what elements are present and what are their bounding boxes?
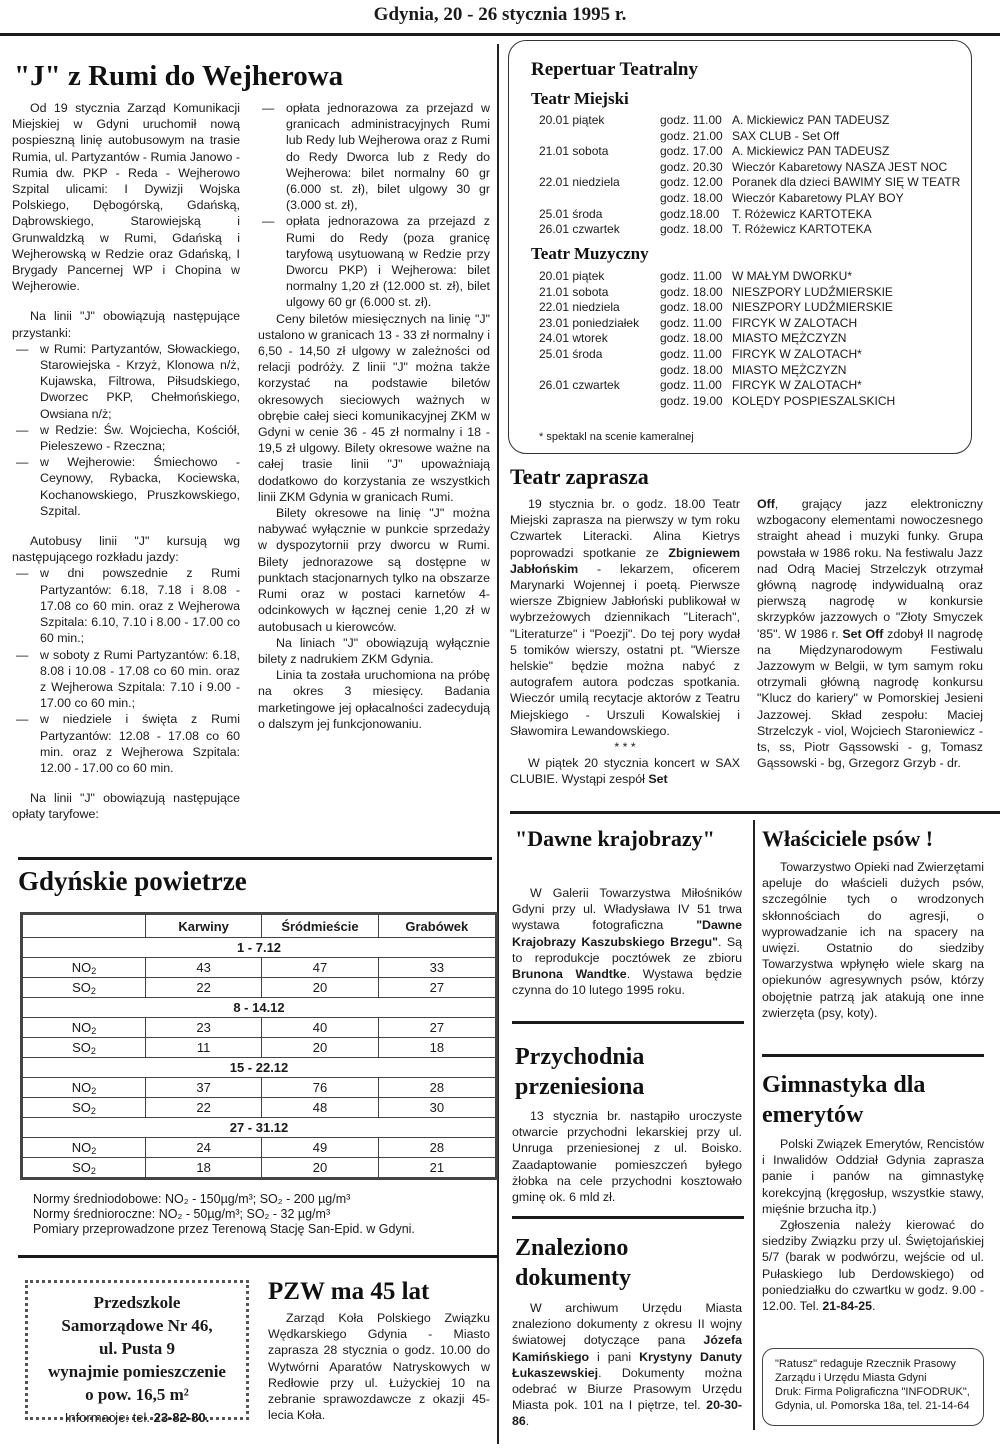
schedule-row: 21.01 sobotagodz. 17.00A. Mickiewicz PAN… bbox=[539, 144, 962, 160]
article-j-col2: opłata jednorazowa za przejazd w granica… bbox=[258, 100, 490, 732]
schedule-time: godz. 17.00 bbox=[660, 144, 732, 160]
teatr-miejski-heading: Teatr Miejski bbox=[531, 89, 629, 109]
schedule-time: godz. 19.00 bbox=[660, 394, 732, 410]
air-so2-row: SO2112018 bbox=[23, 1038, 496, 1058]
air-column-header: Grabówek bbox=[378, 915, 495, 938]
air-header-row: KarwinyŚródmieścieGrabówek bbox=[23, 915, 496, 938]
ad-phone: 23-82-80. bbox=[154, 1410, 210, 1425]
air-quality-table: KarwinyŚródmieścieGrabówek1 - 7.12NO2434… bbox=[22, 914, 496, 1178]
pollutant-label: SO2 bbox=[23, 1098, 146, 1118]
air-value: 18 bbox=[145, 1158, 261, 1178]
article-j-tickets: Na liniach "J" obowiązują wyłącznie bile… bbox=[258, 635, 490, 667]
air-period-label: 27 - 31.12 bbox=[23, 1118, 496, 1138]
masthead-rule bbox=[0, 33, 1000, 36]
article-title-dokumenty: Znaleziono dokumenty bbox=[515, 1233, 735, 1293]
publisher-credit-box: "Ratusz" redaguje Rzecznik Prasowy Zarzą… bbox=[762, 1348, 984, 1426]
schedule-play: FIRCYK W ZALOTACH bbox=[732, 316, 962, 332]
pollutant-label: SO2 bbox=[23, 978, 146, 998]
air-value: 23 bbox=[145, 1018, 261, 1038]
section-rule bbox=[510, 811, 1000, 814]
schedule-row: 22.01 niedzielagodz. 18.00NIESZPORY LUDŹ… bbox=[539, 300, 962, 316]
schedule-row: 22.01 niedzielagodz. 12.00Poranek dla dz… bbox=[539, 175, 962, 191]
article-title-pzw: PZW ma 45 lat bbox=[268, 1278, 429, 1306]
air-period-row: 27 - 31.12 bbox=[23, 1118, 496, 1138]
air-value: 28 bbox=[378, 1138, 495, 1158]
air-norms: Normy średniodobowe: NO₂ - 150µg/m³; SO₂… bbox=[33, 1192, 415, 1237]
air-period-label: 15 - 22.12 bbox=[23, 1058, 496, 1078]
air-value: 24 bbox=[145, 1138, 261, 1158]
air-column-header bbox=[23, 915, 146, 938]
article-j-monthly: Ceny biletów miesięcznych na linię "J" u… bbox=[258, 311, 490, 505]
article-j-schedule-intro: Autobusy linii "J" kursują wg następując… bbox=[12, 533, 240, 565]
air-value: 27 bbox=[378, 978, 495, 998]
schedule-saturdays: w soboty z Rumi Partyzantów: 6.18, 8.08 … bbox=[12, 647, 240, 712]
schedule-play: SAX CLUB - Set Off bbox=[732, 129, 962, 145]
schedule-time: godz. 18.00 bbox=[660, 191, 732, 207]
gimnastyka-text-2: Zgłoszenia należy kierować do siedziby Z… bbox=[762, 1217, 984, 1314]
dokumenty-text: W archiwum Urzędu Miasta znaleziono doku… bbox=[512, 1300, 742, 1430]
credit-line-2: Zarządu i Urzędu Miasta Gdyni bbox=[775, 1371, 983, 1385]
air-value: 76 bbox=[262, 1078, 378, 1098]
air-no2-row: NO2377628 bbox=[23, 1078, 496, 1098]
air-column-header: Karwiny bbox=[145, 915, 261, 938]
schedule-date bbox=[539, 191, 660, 207]
pollutant-label: SO2 bbox=[23, 1038, 146, 1058]
pollutant-label: NO2 bbox=[23, 1078, 146, 1098]
schedule-play: MIASTO MĘŻCZYZN bbox=[732, 363, 962, 379]
schedule-row: 23.01 poniedziałekgodz. 11.00FIRCYK W ZA… bbox=[539, 316, 962, 332]
section-rule bbox=[18, 1255, 498, 1258]
air-value: 20 bbox=[262, 978, 378, 998]
schedule-date: 22.01 niedziela bbox=[539, 300, 660, 316]
gimnastyka-text-block: Polski Związek Emerytów, Rencistów i Inw… bbox=[762, 1136, 984, 1314]
schedule-time: godz. 20.30 bbox=[660, 160, 732, 176]
schedule-time: godz. 11.00 bbox=[660, 378, 732, 394]
fares-list: opłata jednorazowa za przejazd w granica… bbox=[258, 100, 490, 311]
air-value: 47 bbox=[262, 958, 378, 978]
schedule-date: 25.01 środa bbox=[539, 207, 660, 223]
schedule-row: godz. 18.00Wieczór Kabaretowy PLAY BOY bbox=[539, 191, 962, 207]
ad-info: Informacje: tel. 23-82-80. bbox=[28, 1406, 246, 1429]
air-no2-row: NO2434733 bbox=[23, 958, 496, 978]
schedule-row: 26.01 czwartekgodz. 11.00FIRCYK W ZALOTA… bbox=[539, 378, 962, 394]
schedule-time: godz. 18.00 bbox=[660, 363, 732, 379]
air-value: 18 bbox=[378, 1038, 495, 1058]
section-rule bbox=[762, 1054, 984, 1057]
air-no2-row: NO2244928 bbox=[23, 1138, 496, 1158]
schedule-date bbox=[539, 394, 660, 410]
schedule-sundays: w niedziele i święta z Rumi Partyzantów:… bbox=[12, 711, 240, 776]
schedule-play: NIESZPORY LUDŹMIERSKIE bbox=[732, 285, 962, 301]
schedule-date bbox=[539, 160, 660, 176]
ad-info-label: Informacje: tel. bbox=[65, 1410, 154, 1425]
article-title-teatr-zaprasza: Teatr zaprasza bbox=[510, 464, 649, 490]
teatr-muzyczny-schedule: 20.01 piątekgodz. 11.00W MAŁYM DWORKU*21… bbox=[539, 269, 962, 409]
schedule-play: T. Różewicz KARTOTEKA bbox=[732, 222, 962, 238]
ad-line-1: Przedszkole bbox=[28, 1291, 246, 1314]
air-value: 40 bbox=[262, 1018, 378, 1038]
pzw-text-block: Zarząd Koła Polskiego Związku Wędkarskie… bbox=[268, 1310, 490, 1423]
air-value: 28 bbox=[378, 1078, 495, 1098]
ad-line-2: Samorządowe Nr 46, bbox=[28, 1314, 246, 1337]
air-value: 43 bbox=[145, 958, 261, 978]
schedule-row: 21.01 sobotagodz. 18.00NIESZPORY LUDŹMIE… bbox=[539, 285, 962, 301]
air-so2-row: SO2224830 bbox=[23, 1098, 496, 1118]
norm-daily: Normy średniodobowe: NO₂ - 150µg/m³; SO₂… bbox=[33, 1192, 415, 1207]
column-divider bbox=[497, 44, 499, 1444]
column-divider-right bbox=[753, 820, 755, 1430]
air-period-label: 1 - 7.12 bbox=[23, 938, 496, 958]
pollutant-label: SO2 bbox=[23, 1158, 146, 1178]
air-so2-row: SO2222027 bbox=[23, 978, 496, 998]
schedule-row: 26.01 czwartekgodz. 18.00T. Różewicz KAR… bbox=[539, 222, 962, 238]
schedule-play: A. Mickiewicz PAN TADEUSZ bbox=[732, 113, 962, 129]
air-period-row: 15 - 22.12 bbox=[23, 1058, 496, 1078]
schedule-time: godz. 12.00 bbox=[660, 175, 732, 191]
schedule-date: 24.01 wtorek bbox=[539, 331, 660, 347]
schedule-row: godz. 21.00SAX CLUB - Set Off bbox=[539, 129, 962, 145]
schedule-play: A. Mickiewicz PAN TADEUSZ bbox=[732, 144, 962, 160]
norm-annual: Normy średnioroczne: NO₂ - 50µg/m³; SO₂ … bbox=[33, 1207, 415, 1222]
schedule-time: godz. 18.00 bbox=[660, 222, 732, 238]
teatr-zaprasza-col1: 19 stycznia br. o godz. 18.00 Teatr Miej… bbox=[510, 496, 740, 788]
schedule-time: godz. 11.00 bbox=[660, 113, 732, 129]
schedule-date bbox=[539, 129, 660, 145]
psy-text-block: Towarzystwo Opieki nad Zwierzętami apelu… bbox=[762, 859, 984, 1021]
article-j-intro: Od 19 stycznia Zarząd Komunikacji Miejsk… bbox=[12, 100, 240, 294]
pollutant-label: NO2 bbox=[23, 1138, 146, 1158]
air-period-row: 1 - 7.12 bbox=[23, 938, 496, 958]
article-j-sales: Bilety okresowe na linię "J" można nabyw… bbox=[258, 505, 490, 635]
ad-line-3: ul. Pusta 9 bbox=[28, 1337, 246, 1360]
schedule-row: 25.01 środagodz.18.00T. Różewicz KARTOTE… bbox=[539, 207, 962, 223]
fare-local: opłata jednorazowa za przejazd w granica… bbox=[258, 100, 490, 213]
schedule-time: godz. 18.00 bbox=[660, 285, 732, 301]
theatre-repertoire-box: Repertuar Teatralny Teatr Miejski 20.01 … bbox=[508, 40, 972, 454]
schedule-date: 21.01 sobota bbox=[539, 144, 660, 160]
stops-wejherowo: w Wejherowie: Śmiechowo - Ceynowy, Rybac… bbox=[12, 454, 240, 519]
air-value: 33 bbox=[378, 958, 495, 978]
credit-line-1: "Ratusz" redaguje Rzecznik Prasowy bbox=[775, 1357, 983, 1371]
schedule-time: godz. 18.00 bbox=[660, 300, 732, 316]
schedule-play: KOLĘDY POSPIESZALSKICH bbox=[732, 394, 962, 410]
article-j-fares-intro: Na linii "J" obowiązują następujące opła… bbox=[12, 790, 240, 822]
credit-line-4: Gdynia, ul. Pomorska 18a, tel. 21-14-64 bbox=[775, 1399, 983, 1413]
air-value: 11 bbox=[145, 1038, 261, 1058]
schedule-time: godz. 11.00 bbox=[660, 269, 732, 285]
schedule-time: godz. 18.00 bbox=[660, 331, 732, 347]
section-rule bbox=[18, 857, 492, 860]
repertoire-title: Repertuar Teatralny bbox=[531, 59, 698, 81]
schedule-play: T. Różewicz KARTOTEKA bbox=[732, 207, 962, 223]
schedule-date: 25.01 środa bbox=[539, 347, 660, 363]
air-value: 27 bbox=[378, 1018, 495, 1038]
ad-line-4: wynajmie pomieszczenie bbox=[28, 1360, 246, 1383]
schedule-time: godz. 11.00 bbox=[660, 316, 732, 332]
article-title-psy: Właściciele psów ! bbox=[762, 826, 933, 852]
article-title-przychodnia: Przychodnia przeniesiona bbox=[515, 1042, 735, 1102]
schedule-row: 24.01 wtorekgodz. 18.00MIASTO MĘŻCZYZN bbox=[539, 331, 962, 347]
air-value: 20 bbox=[262, 1158, 378, 1178]
schedule-date: 26.01 czwartek bbox=[539, 222, 660, 238]
schedule-play: FIRCYK W ZALOTACH* bbox=[732, 347, 962, 363]
psy-text: Towarzystwo Opieki nad Zwierzętami apelu… bbox=[762, 859, 984, 1021]
schedule-row: godz. 20.30Wieczór Kabaretowy NASZA JEST… bbox=[539, 160, 962, 176]
measurement-source: Pomiary przeprowadzone przez Terenową St… bbox=[33, 1222, 415, 1237]
teatr-zaprasza-col2: Off, grający jazz elektroniczny wzbogaco… bbox=[757, 496, 983, 771]
schedule-play: Wieczór Kabaretowy NASZA JEST NOC bbox=[732, 160, 962, 176]
schedule-play: W MAŁYM DWORKU* bbox=[732, 269, 962, 285]
air-value: 37 bbox=[145, 1078, 261, 1098]
air-quality-table-frame: KarwinyŚródmieścieGrabówek1 - 7.12NO2434… bbox=[20, 912, 498, 1180]
repertoire-footnote: * spektakl na scenie kameralnej bbox=[539, 431, 694, 443]
schedule-row: 25.01 środagodz. 11.00FIRCYK W ZALOTACH* bbox=[539, 347, 962, 363]
schedule-row: 20.01 piątekgodz. 11.00A. Mickiewicz PAN… bbox=[539, 113, 962, 129]
air-value: 20 bbox=[262, 1038, 378, 1058]
air-value: 22 bbox=[145, 978, 261, 998]
schedule-play: MIASTO MĘŻCZYZN bbox=[732, 331, 962, 347]
schedule-date: 26.01 czwartek bbox=[539, 378, 660, 394]
air-no2-row: NO2234027 bbox=[23, 1018, 496, 1038]
credit-line-3: Druk: Firma Poligraficzna "INFODRUK", bbox=[775, 1385, 983, 1399]
air-period-row: 8 - 14.12 bbox=[23, 998, 496, 1018]
section-rule bbox=[512, 1216, 744, 1219]
schedule-play: FIRCYK W ZALOTACH* bbox=[732, 378, 962, 394]
schedule-row: godz. 19.00KOLĘDY POSPIESZALSKICH bbox=[539, 394, 962, 410]
air-value: 22 bbox=[145, 1098, 261, 1118]
fare-cross: opłata jednorazowa za przejazd z Rumi do… bbox=[258, 213, 490, 310]
article-j-trial: Linia ta została uruchomiona na próbę na… bbox=[258, 667, 490, 732]
pollutant-label: NO2 bbox=[23, 1018, 146, 1038]
gimnastyka-text-1: Polski Związek Emerytów, Rencistów i Inw… bbox=[762, 1136, 984, 1217]
air-so2-row: SO2182021 bbox=[23, 1158, 496, 1178]
air-value: 48 bbox=[262, 1098, 378, 1118]
article-title-gimnastyka: Gimnastyka dla emerytów bbox=[762, 1070, 982, 1130]
schedule-time: godz.18.00 bbox=[660, 207, 732, 223]
page-masthead: Gdynia, 20 - 26 stycznia 1995 r. bbox=[0, 4, 1000, 26]
air-value: 30 bbox=[378, 1098, 495, 1118]
section-rule bbox=[512, 1021, 744, 1024]
stops-list: w Rumi: Partyzantów, Słowackiego, Starow… bbox=[12, 341, 240, 519]
pollutant-label: NO2 bbox=[23, 958, 146, 978]
air-column-header: Śródmieście bbox=[262, 915, 378, 938]
schedule-play: NIESZPORY LUDŹMIERSKIE bbox=[732, 300, 962, 316]
stops-reda: w Redzie: Św. Wojciecha, Kościół, Pieles… bbox=[12, 422, 240, 454]
schedule-date bbox=[539, 363, 660, 379]
air-value: 49 bbox=[262, 1138, 378, 1158]
schedule-time: godz. 11.00 bbox=[660, 347, 732, 363]
schedule-date: 22.01 niedziela bbox=[539, 175, 660, 191]
article-j-col1: Od 19 stycznia Zarząd Komunikacji Miejsk… bbox=[12, 100, 240, 823]
schedule-date: 21.01 sobota bbox=[539, 285, 660, 301]
ad-line-5: o pow. 16,5 m² bbox=[28, 1383, 246, 1406]
air-value: 21 bbox=[378, 1158, 495, 1178]
article-title-j: "J" z Rumi do Wejherowa bbox=[14, 60, 343, 93]
schedule-play: Poranek dla dzieci BAWIMY SIĘ W TEATR bbox=[732, 175, 962, 191]
pzw-text: Zarząd Koła Polskiego Związku Wędkarskie… bbox=[268, 1310, 490, 1423]
schedule-date: 23.01 poniedziałek bbox=[539, 316, 660, 332]
przychodnia-text-block: 13 stycznia br. nastąpiło uroczyste otwa… bbox=[512, 1108, 742, 1205]
teatr-miejski-schedule: 20.01 piątekgodz. 11.00A. Mickiewicz PAN… bbox=[539, 113, 962, 238]
stops-rumia: w Rumi: Partyzantów, Słowackiego, Starow… bbox=[12, 341, 240, 422]
schedule-row: 20.01 piątekgodz. 11.00W MAŁYM DWORKU* bbox=[539, 269, 962, 285]
air-period-label: 8 - 14.12 bbox=[23, 998, 496, 1018]
article-title-dawne: "Dawne krajobrazy" bbox=[515, 826, 715, 851]
article-j-stops-intro: Na linii "J" obowiązują następujące przy… bbox=[12, 308, 240, 340]
article-title-air: Gdyńskie powietrze bbox=[18, 866, 247, 897]
teatr-muzyczny-heading: Teatr Muzyczny bbox=[531, 244, 649, 264]
kindergarten-ad-box: Przedszkole Samorządowe Nr 46, ul. Pusta… bbox=[25, 1280, 249, 1420]
dawne-text: W Galerii Towarzystwa Miłośników Gdyni p… bbox=[512, 885, 742, 998]
schedule-row: godz. 18.00MIASTO MĘŻCZYZN bbox=[539, 363, 962, 379]
schedule-list: w dni powszednie z Rumi Partyzantów: 6.1… bbox=[12, 565, 240, 776]
schedule-date: 20.01 piątek bbox=[539, 113, 660, 129]
schedule-time: godz. 21.00 bbox=[660, 129, 732, 145]
schedule-date: 20.01 piątek bbox=[539, 269, 660, 285]
przychodnia-text: 13 stycznia br. nastąpiło uroczyste otwa… bbox=[512, 1108, 742, 1205]
schedule-play: Wieczór Kabaretowy PLAY BOY bbox=[732, 191, 962, 207]
schedule-weekdays: w dni powszednie z Rumi Partyzantów: 6.1… bbox=[12, 565, 240, 646]
